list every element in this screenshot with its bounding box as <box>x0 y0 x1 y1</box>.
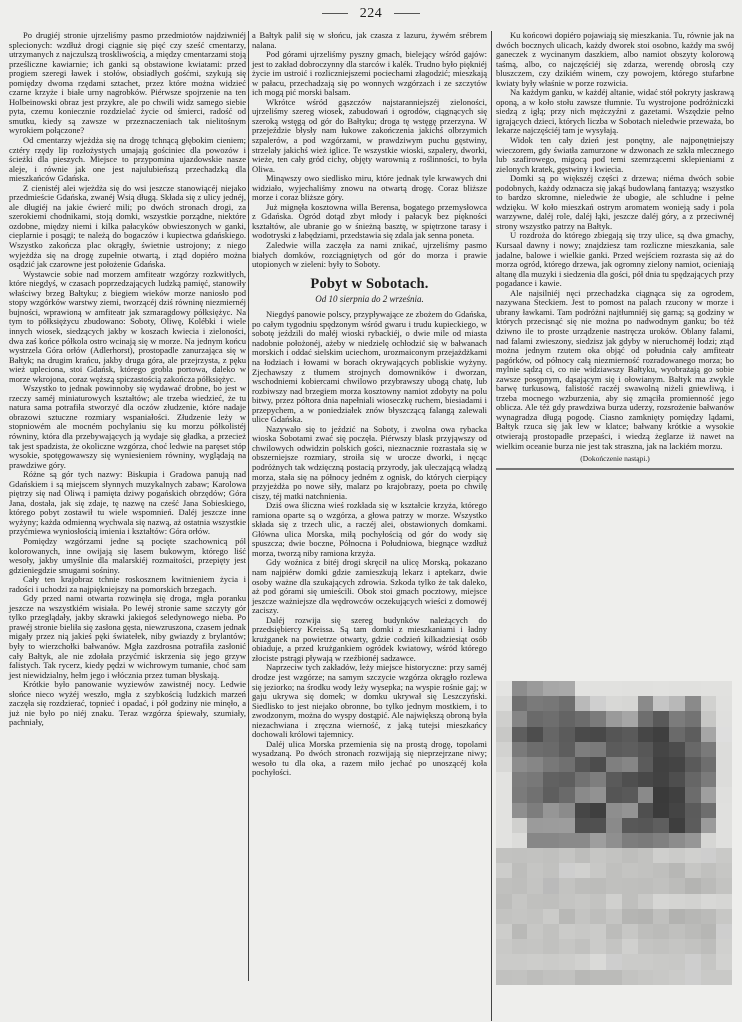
redacted-pixel <box>622 727 638 742</box>
redacted-pixel <box>685 878 701 893</box>
redacted-pixel <box>638 803 654 818</box>
redacted-pixel <box>590 970 606 985</box>
paragraph: Domki są po większéj części z drzewa; ni… <box>496 174 734 231</box>
redacted-pixel <box>527 954 543 969</box>
redacted-pixel <box>543 894 559 909</box>
redacted-pixel <box>638 772 654 787</box>
redacted-pixel <box>543 727 559 742</box>
redacted-pixel <box>685 787 701 802</box>
redacted-pixel <box>622 742 638 757</box>
redacted-pixel <box>527 848 543 863</box>
redacted-pixel <box>559 727 575 742</box>
redacted-pixel <box>575 848 591 863</box>
redacted-pixel <box>685 894 701 909</box>
redacted-pixel <box>512 863 528 878</box>
redacted-pixel <box>543 757 559 772</box>
redacted-pixel <box>685 742 701 757</box>
redacted-pixel <box>512 803 528 818</box>
redacted-pixel <box>496 909 512 924</box>
redacted-pixel <box>669 878 685 893</box>
redacted-pixel <box>669 727 685 742</box>
redacted-pixel <box>575 772 591 787</box>
redacted-pixel <box>527 939 543 954</box>
redacted-pixel <box>685 909 701 924</box>
redacted-pixel <box>559 696 575 711</box>
redacted-pixel <box>716 848 732 863</box>
redacted-image-block <box>496 681 732 986</box>
redacted-pixel <box>543 681 559 696</box>
redacted-pixel <box>685 696 701 711</box>
paragraph: Różne są gór tych nazwy: Biskupia i Grad… <box>9 470 246 537</box>
redacted-pixel <box>496 939 512 954</box>
redacted-pixel <box>496 818 512 833</box>
redacted-pixel <box>622 818 638 833</box>
redacted-pixel <box>575 863 591 878</box>
redacted-pixel <box>512 787 528 802</box>
redacted-pixel <box>543 939 559 954</box>
redacted-pixel <box>685 833 701 848</box>
redacted-pixel <box>575 954 591 969</box>
redacted-pixel <box>669 757 685 772</box>
redacted-pixel <box>653 696 669 711</box>
redacted-pixel <box>622 803 638 818</box>
redacted-pixel <box>590 863 606 878</box>
redacted-pixel <box>590 757 606 772</box>
column-2: a Bałtyk palił się w słońcu, jak czasza … <box>252 31 487 778</box>
redacted-pixel <box>606 878 622 893</box>
redacted-pixel <box>669 894 685 909</box>
redacted-pixel <box>575 818 591 833</box>
redacted-pixel <box>638 894 654 909</box>
paragraph: Daléj ulica Morska przemienia się na pro… <box>252 740 487 778</box>
redacted-pixel <box>512 742 528 757</box>
redacted-pixel <box>543 711 559 726</box>
redacted-pixel <box>638 696 654 711</box>
redacted-pixel <box>559 833 575 848</box>
redacted-pixel <box>716 742 732 757</box>
column-3: Ku końcowi dopiéro pojawiają się mieszka… <box>496 31 734 470</box>
redacted-pixel <box>669 954 685 969</box>
redacted-pixel <box>606 681 622 696</box>
redacted-pixel <box>685 924 701 939</box>
redacted-pixel <box>575 803 591 818</box>
redacted-pixel <box>701 909 717 924</box>
paragraph: Cały ten krajobraz tchnie roskosznem kwi… <box>9 575 246 594</box>
redacted-pixel <box>716 681 732 696</box>
redacted-pixel <box>590 818 606 833</box>
redacted-pixel <box>669 863 685 878</box>
redacted-pixel <box>606 711 622 726</box>
redacted-pixel <box>543 878 559 893</box>
redacted-pixel <box>701 954 717 969</box>
redacted-pixel <box>653 818 669 833</box>
paragraph: Ku końcowi dopiéro pojawiają się mieszka… <box>496 31 734 88</box>
paragraph: Z cienistéj alei wjeżdża się do wsi jesz… <box>9 184 246 270</box>
redacted-pixel <box>716 818 732 833</box>
redacted-pixel <box>638 970 654 985</box>
redacted-pixel <box>622 954 638 969</box>
redacted-pixel <box>590 787 606 802</box>
redacted-pixel <box>512 848 528 863</box>
redacted-pixel <box>622 757 638 772</box>
redacted-pixel <box>512 681 528 696</box>
redacted-pixel <box>543 803 559 818</box>
redacted-pixel <box>575 711 591 726</box>
redacted-pixel <box>543 696 559 711</box>
redacted-pixel <box>527 803 543 818</box>
redacted-pixel <box>543 848 559 863</box>
redacted-pixel <box>575 787 591 802</box>
paragraph: Wystawcie sobie nad morzem amfiteatr wzg… <box>9 270 246 385</box>
redacted-pixel <box>685 681 701 696</box>
redacted-pixel <box>716 757 732 772</box>
redacted-pixel <box>638 863 654 878</box>
redacted-pixel <box>669 772 685 787</box>
redacted-pixel <box>716 909 732 924</box>
redacted-pixel <box>701 803 717 818</box>
paragraph: Krótkie było panowanie wyziewów zawistné… <box>9 680 246 728</box>
redacted-pixel <box>496 711 512 726</box>
page-number-text: 224 <box>360 6 383 21</box>
redacted-pixel <box>512 939 528 954</box>
redacted-pixel <box>701 727 717 742</box>
redacted-pixel <box>496 894 512 909</box>
paragraph: Dziś owa śliczna wieś rozkłada się w ksz… <box>252 501 487 558</box>
redacted-pixel <box>701 970 717 985</box>
redacted-pixel <box>496 696 512 711</box>
redacted-pixel <box>669 803 685 818</box>
section-title: Pobyt w Sobotach. <box>252 276 487 293</box>
paragraph: Widok ten cały dzień jest ponętny, ale n… <box>496 136 734 174</box>
paragraph: a Bałtyk palił się w słońcu, jak czasza … <box>252 31 487 50</box>
redacted-pixel <box>638 711 654 726</box>
redacted-pixel <box>701 863 717 878</box>
redacted-pixel <box>606 742 622 757</box>
redacted-pixel <box>496 863 512 878</box>
redacted-pixel <box>716 924 732 939</box>
redacted-pixel <box>669 787 685 802</box>
redacted-pixel <box>527 696 543 711</box>
redacted-pixel <box>622 894 638 909</box>
redacted-pixel <box>559 681 575 696</box>
redacted-pixel <box>638 909 654 924</box>
paragraph: Wszystko to jednak powinnoby się wydawać… <box>9 384 246 470</box>
redacted-pixel <box>590 954 606 969</box>
redacted-pixel <box>527 818 543 833</box>
redacted-pixel <box>512 772 528 787</box>
redacted-pixel <box>622 878 638 893</box>
redacted-pixel <box>653 970 669 985</box>
redacted-pixel <box>685 863 701 878</box>
redacted-pixel <box>543 742 559 757</box>
redacted-pixel <box>512 954 528 969</box>
redacted-pixel <box>575 696 591 711</box>
redacted-pixel <box>575 939 591 954</box>
redacted-pixel <box>575 742 591 757</box>
redacted-pixel <box>527 681 543 696</box>
redacted-pixel <box>496 848 512 863</box>
redacted-pixel <box>543 772 559 787</box>
redacted-pixel <box>622 909 638 924</box>
redacted-pixel <box>638 742 654 757</box>
redacted-pixel <box>590 727 606 742</box>
redacted-pixel <box>653 909 669 924</box>
redacted-pixel <box>638 727 654 742</box>
redacted-pixel <box>512 833 528 848</box>
redacted-pixel <box>669 681 685 696</box>
redacted-pixel <box>559 894 575 909</box>
redacted-pixel <box>575 894 591 909</box>
redacted-pixel <box>669 848 685 863</box>
paragraph: Niegdyś panowie polscy, przypływające ze… <box>252 310 487 425</box>
redacted-pixel <box>638 833 654 848</box>
redacted-pixel <box>575 681 591 696</box>
redacted-pixel <box>575 878 591 893</box>
redacted-pixel <box>653 848 669 863</box>
redacted-pixel <box>669 696 685 711</box>
redacted-pixel <box>622 863 638 878</box>
redacted-pixel <box>590 833 606 848</box>
redacted-pixel <box>527 863 543 878</box>
redacted-pixel <box>716 787 732 802</box>
redacted-pixel <box>653 711 669 726</box>
paragraph: Na każdym ganku, w każdéj altanie, widać… <box>496 88 734 136</box>
redacted-pixel <box>685 970 701 985</box>
redacted-pixel <box>638 787 654 802</box>
redacted-pixel <box>606 939 622 954</box>
redacted-pixel <box>527 787 543 802</box>
redacted-pixel <box>496 742 512 757</box>
redacted-pixel <box>590 742 606 757</box>
redacted-pixel <box>590 803 606 818</box>
redacted-pixel <box>496 924 512 939</box>
redacted-pixel <box>685 818 701 833</box>
redacted-pixel <box>590 878 606 893</box>
redacted-pixel <box>653 894 669 909</box>
paragraph: Wkrótce wśród gąszczów najstaranniejszéj… <box>252 98 487 174</box>
redacted-pixel <box>527 970 543 985</box>
redacted-pixel <box>653 954 669 969</box>
redacted-pixel <box>716 863 732 878</box>
redacted-pixel <box>638 954 654 969</box>
redacted-pixel <box>590 924 606 939</box>
redacted-pixel <box>716 954 732 969</box>
redacted-pixel <box>512 970 528 985</box>
redacted-pixel <box>701 924 717 939</box>
redacted-pixel <box>653 863 669 878</box>
redacted-pixel <box>622 970 638 985</box>
redacted-pixel <box>512 878 528 893</box>
redacted-pixel <box>716 727 732 742</box>
redacted-pixel <box>685 848 701 863</box>
paragraph: Zaledwie willa zaczęła za nami znikać, u… <box>252 241 487 270</box>
redacted-pixel <box>653 681 669 696</box>
redacted-pixel <box>669 711 685 726</box>
redacted-pixel <box>638 924 654 939</box>
redacted-pixel <box>622 772 638 787</box>
redacted-pixel <box>496 772 512 787</box>
redacted-pixel <box>685 954 701 969</box>
paragraph: Daléj rozwija się szereg budynków należą… <box>252 616 487 664</box>
redacted-pixel <box>638 848 654 863</box>
redacted-pixel <box>606 848 622 863</box>
paragraph: Po drugiéj stronie ujrzeliśmy pasmo prze… <box>9 31 246 136</box>
redacted-pixel <box>622 681 638 696</box>
redacted-pixel <box>716 803 732 818</box>
redacted-pixel <box>606 924 622 939</box>
column-1: Po drugiéj stronie ujrzeliśmy pasmo prze… <box>9 31 246 728</box>
redacted-pixel <box>716 894 732 909</box>
redacted-pixel <box>653 924 669 939</box>
redacted-pixel <box>701 787 717 802</box>
redacted-pixel <box>590 711 606 726</box>
redacted-pixel <box>606 970 622 985</box>
redacted-pixel <box>575 833 591 848</box>
redacted-pixel <box>685 727 701 742</box>
redacted-pixel <box>575 970 591 985</box>
redacted-pixel <box>559 909 575 924</box>
redacted-pixel <box>496 787 512 802</box>
redacted-pixel <box>606 787 622 802</box>
redacted-pixel <box>669 742 685 757</box>
redacted-pixel <box>606 772 622 787</box>
redacted-pixel <box>575 727 591 742</box>
redacted-pixel <box>653 787 669 802</box>
paragraph: Pod górami ujrzeliśmy pyszny gmach, biel… <box>252 50 487 98</box>
redacted-pixel <box>543 787 559 802</box>
redacted-pixel <box>527 772 543 787</box>
redacted-pixel <box>512 924 528 939</box>
redacted-pixel <box>638 939 654 954</box>
redacted-pixel <box>716 772 732 787</box>
redacted-pixel <box>575 924 591 939</box>
redacted-pixel <box>527 727 543 742</box>
redacted-pixel <box>543 970 559 985</box>
redacted-pixel <box>622 711 638 726</box>
redacted-pixel <box>512 909 528 924</box>
section-subtitle: Od 10 sierpnia do 2 września. <box>252 295 487 305</box>
redacted-pixel <box>543 818 559 833</box>
redacted-pixel <box>622 848 638 863</box>
redacted-pixel <box>543 863 559 878</box>
redacted-pixel <box>701 848 717 863</box>
redacted-pixel <box>512 696 528 711</box>
redacted-pixel <box>653 803 669 818</box>
redacted-pixel <box>590 696 606 711</box>
redacted-pixel <box>716 970 732 985</box>
redacted-pixel <box>496 727 512 742</box>
redacted-pixel <box>638 681 654 696</box>
redacted-pixel <box>606 909 622 924</box>
redacted-pixel <box>701 939 717 954</box>
redacted-pixel <box>606 833 622 848</box>
redacted-pixel <box>606 696 622 711</box>
redacted-pixel <box>527 711 543 726</box>
redacted-pixel <box>496 803 512 818</box>
redacted-pixel <box>638 757 654 772</box>
redacted-pixel <box>543 924 559 939</box>
redacted-pixel <box>527 894 543 909</box>
redacted-pixel <box>559 939 575 954</box>
redacted-pixel <box>575 757 591 772</box>
redacted-pixel <box>701 696 717 711</box>
redacted-pixel <box>559 818 575 833</box>
redacted-pixel <box>512 894 528 909</box>
column-divider-2 <box>491 31 492 1021</box>
redacted-pixel <box>559 772 575 787</box>
redacted-pixel <box>543 833 559 848</box>
redacted-pixel <box>590 848 606 863</box>
redacted-pixel <box>622 833 638 848</box>
redacted-pixel <box>622 924 638 939</box>
paragraph: Naprzeciw tych zakładów, leży miejsce hi… <box>252 663 487 739</box>
redacted-pixel <box>716 696 732 711</box>
redacted-pixel <box>559 924 575 939</box>
redacted-pixel <box>606 863 622 878</box>
redacted-pixel <box>606 818 622 833</box>
redacted-pixel <box>590 772 606 787</box>
redacted-pixel <box>669 939 685 954</box>
redacted-pixel <box>669 818 685 833</box>
redacted-pixel <box>590 681 606 696</box>
redacted-pixel <box>669 970 685 985</box>
paragraph: Gdy przed nami otwarta rozwinęła się dro… <box>9 594 246 680</box>
redacted-pixel <box>559 803 575 818</box>
redacted-pixel <box>716 833 732 848</box>
redacted-pixel <box>701 711 717 726</box>
redacted-pixel <box>496 681 512 696</box>
redacted-pixel <box>559 954 575 969</box>
continued-note: (Dokończenie nastąpi.) <box>496 454 734 464</box>
redacted-pixel <box>559 878 575 893</box>
page-number-rule-right <box>394 13 420 14</box>
redacted-pixel <box>496 970 512 985</box>
redacted-pixel <box>527 924 543 939</box>
redacted-pixel <box>606 894 622 909</box>
redacted-pixel <box>496 878 512 893</box>
redacted-pixel <box>559 757 575 772</box>
redacted-pixel <box>527 909 543 924</box>
redacted-pixel <box>575 909 591 924</box>
redacted-pixel <box>590 894 606 909</box>
paragraph: U rozdroża do którego zbiegają się trzy … <box>496 231 734 288</box>
redacted-pixel <box>559 848 575 863</box>
redacted-pixel <box>685 772 701 787</box>
redacted-pixel <box>512 757 528 772</box>
redacted-pixel <box>685 757 701 772</box>
paragraph: Ale najsilniéj nęci przechadzka ciągnąca… <box>496 289 734 451</box>
redacted-pixel <box>622 939 638 954</box>
redacted-pixel <box>606 727 622 742</box>
paragraph: Już mignęła kosztowna willa Berensa, bog… <box>252 203 487 241</box>
redacted-pixel <box>527 742 543 757</box>
redacted-pixel <box>559 787 575 802</box>
redacted-pixel <box>653 833 669 848</box>
redacted-pixel <box>527 757 543 772</box>
redacted-pixel <box>512 711 528 726</box>
redacted-pixel <box>496 757 512 772</box>
redacted-pixel <box>559 970 575 985</box>
redacted-pixel <box>527 878 543 893</box>
article-end-rule <box>496 468 734 470</box>
redacted-pixel <box>496 954 512 969</box>
column-divider-1 <box>248 31 249 981</box>
redacted-pixel <box>701 742 717 757</box>
paragraph: Nazywało się to jeździć na Soboty, i zwo… <box>252 425 487 501</box>
redacted-pixel <box>559 742 575 757</box>
redacted-pixel <box>512 818 528 833</box>
redacted-pixel <box>638 818 654 833</box>
